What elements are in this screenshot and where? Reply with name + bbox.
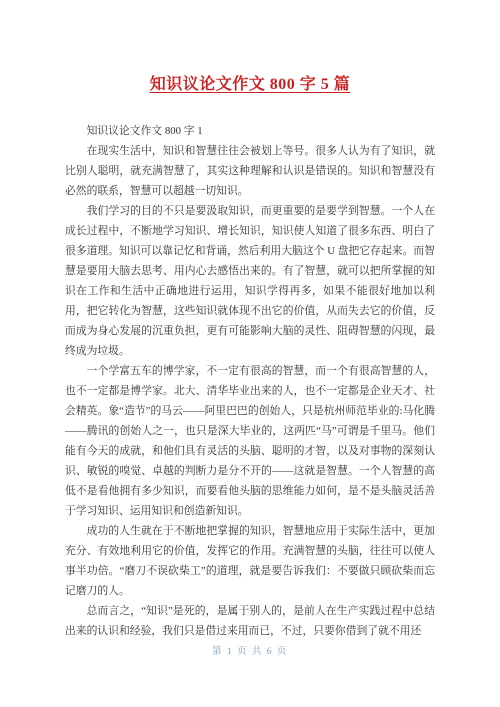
body-paragraph: 在现实生活中，知识和智慧往往会被划上等号。很多人认为有了知识，就比别人聪明，就充… xyxy=(65,141,435,201)
page-footer: 第 1 页 共 6 页 xyxy=(0,645,500,659)
paragraph-list: 在现实生活中，知识和智慧往往会被划上等号。很多人认为有了知识，就比别人聪明，就充… xyxy=(65,141,435,641)
document-body: 知识议论文作文 800 字 1 在现实生活中，知识和智慧往往会被划上等号。很多人… xyxy=(65,121,435,641)
section-heading: 知识议论文作文 800 字 1 xyxy=(65,121,435,141)
document-title: 知识议论文作文 800 字 5 篇 xyxy=(0,0,500,96)
body-paragraph: 总而言之，“知识”是死的，是属于别人的，是前人在生产实践过程中总结出来的认识和经… xyxy=(65,601,435,641)
body-paragraph: 成功的人生就在于不断地把掌握的知识，智慧地应用于实际生活中，更加充分、有效地利用… xyxy=(65,521,435,601)
page-number-label: 第 1 页 共 6 页 xyxy=(212,647,288,657)
body-paragraph: 一个学富五车的博学家，不一定有很高的智慧，而一个有很高智慧的人，也不一定都是博学… xyxy=(65,361,435,521)
document-page: 知识议论文作文 800 字 5 篇 知识议论文作文 800 字 1 在现实生活中… xyxy=(0,0,500,707)
body-paragraph: 我们学习的目的不只是要汲取知识，而更重要的是要学到智慧。一个人在成长过程中，不断… xyxy=(65,201,435,361)
